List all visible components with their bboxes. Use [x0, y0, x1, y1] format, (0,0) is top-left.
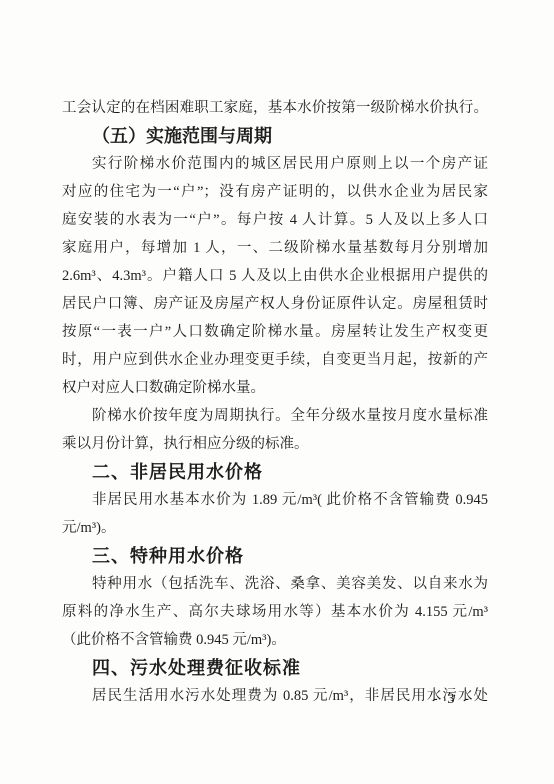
- text-line: 阶梯水价按年度为周期执行。全年分级水量按月度水量标准: [62, 402, 488, 430]
- text-line: 居民户口簿、房产证及房屋产权人身份证原件认定。房屋租赁时: [62, 290, 488, 318]
- text-line: 乘以月份计算，执行相应分级的标准。: [62, 430, 488, 458]
- text-line: 家庭用户，每增加 1 人，一、二级阶梯水量基数每月分别增加: [62, 234, 488, 262]
- text-line: 2.6m³、4.3m³。户籍人口 5 人及以上由供水企业根据用户提供的: [62, 262, 488, 290]
- section-heading: 二、非居民用水价格: [62, 458, 488, 486]
- document-page: 工会认定的在档困难职工家庭，基本水价按第一级阶梯水价执行。（五）实施范围与周期实…: [0, 0, 554, 784]
- text-line: 庭安装的水表为一“户”。每户按 4 人计算。5 人及以上多人口: [62, 206, 488, 234]
- page-number: - 3 -: [433, 691, 472, 708]
- text-line: 实行阶梯水价范围内的城区居民用户原则上以一个房产证: [62, 150, 488, 178]
- text-line: 元/m³)。: [62, 514, 488, 542]
- text-line: 时，用户应到供水企业办理变更手续，自变更当月起，按新的产: [62, 346, 488, 374]
- text-line: 对应的住宅为一“户”；没有房产证明的，以供水企业为居民家: [62, 178, 488, 206]
- text-line: 非居民用水基本水价为 1.89 元/m³( 此价格不含管输费 0.945: [62, 486, 488, 514]
- text-line: 特种用水（包括洗车、洗浴、桑拿、美容美发、以自来水为: [62, 570, 488, 598]
- document-lines: 工会认定的在档困难职工家庭，基本水价按第一级阶梯水价执行。（五）实施范围与周期实…: [62, 94, 488, 710]
- text-line: 按原“一表一户”人口数确定阶梯水量。房屋转让发生产权变更: [62, 318, 488, 346]
- text-line: 工会认定的在档困难职工家庭，基本水价按第一级阶梯水价执行。: [62, 94, 488, 122]
- text-line: 原料的净水生产、高尔夫球场用水等）基本水价为 4.155 元/m³: [62, 598, 488, 626]
- text-line: 居民生活用水污水处理费为 0.85 元/m³，非居民用水污水处: [62, 682, 488, 710]
- text-line: （此价格不含管输费 0.945 元/m³)。: [62, 626, 488, 654]
- subsection-heading: （五）实施范围与周期: [62, 122, 488, 150]
- section-heading: 四、污水处理费征收标准: [62, 654, 488, 682]
- section-heading: 三、特种用水价格: [62, 542, 488, 570]
- text-line: 权户对应人口数确定阶梯水量。: [62, 374, 488, 402]
